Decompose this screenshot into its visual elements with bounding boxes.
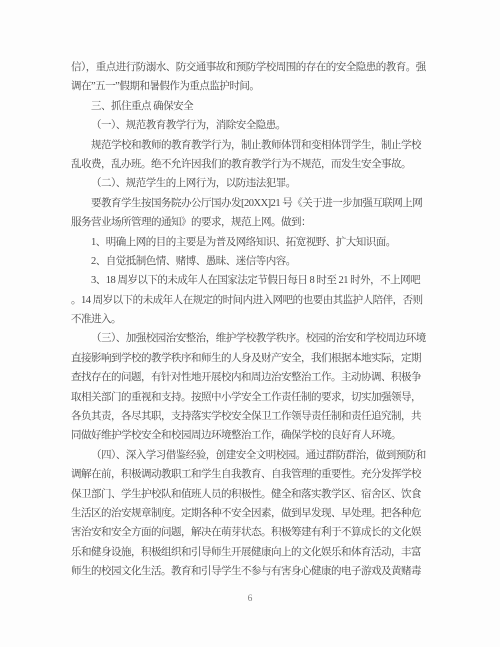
text-line: 保卫部门、学生护校队和值班人员的积极性。健全和落实教学区、宿舍区、饮食 (71, 485, 435, 504)
text-line: 调解在前，积极调动教职工和学生自我教育、自我管理的重要性。充分发挥学校 (71, 465, 435, 484)
page-number: 6 (0, 594, 500, 604)
text-line: 师生的校园文化生活。教育和引导学生不参与有害身心健康的电子游戏及黄赌毒 (71, 562, 435, 581)
text-line: 。14 周岁以下的未成年人在规定的时间内进入网吧的也要由其监护人陪伴，否则 (71, 291, 435, 310)
document-body: 信），重点进行防溺水、防交通事故和预防学校周围的存在的安全隐患的教育。强调在”五… (71, 58, 435, 582)
text-line: 三、抓住重点 确保安全 (71, 97, 435, 116)
text-line: （二）、规范学生的上网行为，以防违法犯罪。 (71, 174, 435, 193)
text-line: 2、自觉抵制色情、赌博、愚昧、迷信等内容。 (71, 252, 435, 271)
text-line: 直接影响到学校的教学秩序和师生的人身及财产安全，我们根据本地实际，定期 (71, 349, 435, 368)
text-line: 乐和健身设施，积极组织和引导师生开展健康向上的文化娱乐和体育活动，丰富 (71, 543, 435, 562)
text-line: 服务营业场所管理的通知》的要求，规范上网。做到： (71, 213, 435, 232)
text-line: （一）、规范教育教学行为，消除安全隐患。 (71, 116, 435, 135)
text-line: 害治安和安全方面的问题，解决在萌芽状态。积极筹建有利于不算成长的文化娱 (71, 523, 435, 542)
text-line: 同做好维护学校安全和校园周边环境整治工作，确保学校的良好育人环境。 (71, 426, 435, 445)
text-line: 查找存在的问题，有针对性地开展校内和周边治安整治工作。主动协调、积极争 (71, 368, 435, 387)
text-line: （三）、加强校园治安整治，维护学校教学秩序。校园的治安和学校周边环境 (71, 329, 435, 348)
text-line: 生活区的治安规章制度。定期各种不安全因素，做到早发现、早处理。把各种危 (71, 504, 435, 523)
text-line: （四）、深入学习借鉴经验，创建安全文明校园。通过群防群治，做到预防和 (71, 446, 435, 465)
text-line: 信），重点进行防溺水、防交通事故和预防学校周围的存在的安全隐患的教育。强 (71, 58, 435, 77)
text-line: 各负其责，各尽其职，支持落实学校安全保卫工作领导责任制和责任追究制，共 (71, 407, 435, 426)
text-line: 乱收费，乱办班。绝不允许因我们的教育教学行为不规范，而发生安全事故。 (71, 155, 435, 174)
text-line: 取相关部门的重视和支持。按照中小学安全工作责任制的要求，切实加强领导， (71, 388, 435, 407)
document-page: 信），重点进行防溺水、防交通事故和预防学校周围的存在的安全隐患的教育。强调在”五… (0, 0, 500, 647)
text-line: 要教育学生按国务院办公厅国办发[20XX]21 号《关于进一步加强互联网上网 (71, 194, 435, 213)
text-line: 3、18 周岁以下的未成年人在国家法定节假日每日 8 时至 21 时外，不上网吧 (71, 271, 435, 290)
text-line: 规范学校和教师的教育教学行为，制止教师体罚和变相体罚学生，制止学校 (71, 136, 435, 155)
text-line: 不准进入。 (71, 310, 435, 329)
text-line: 调在”五一”假期和暑假作为重点监护时间。 (71, 77, 435, 96)
text-line: 1、明确上网的目的主要是为普及网络知识、拓宽视野、扩大知识面。 (71, 233, 435, 252)
